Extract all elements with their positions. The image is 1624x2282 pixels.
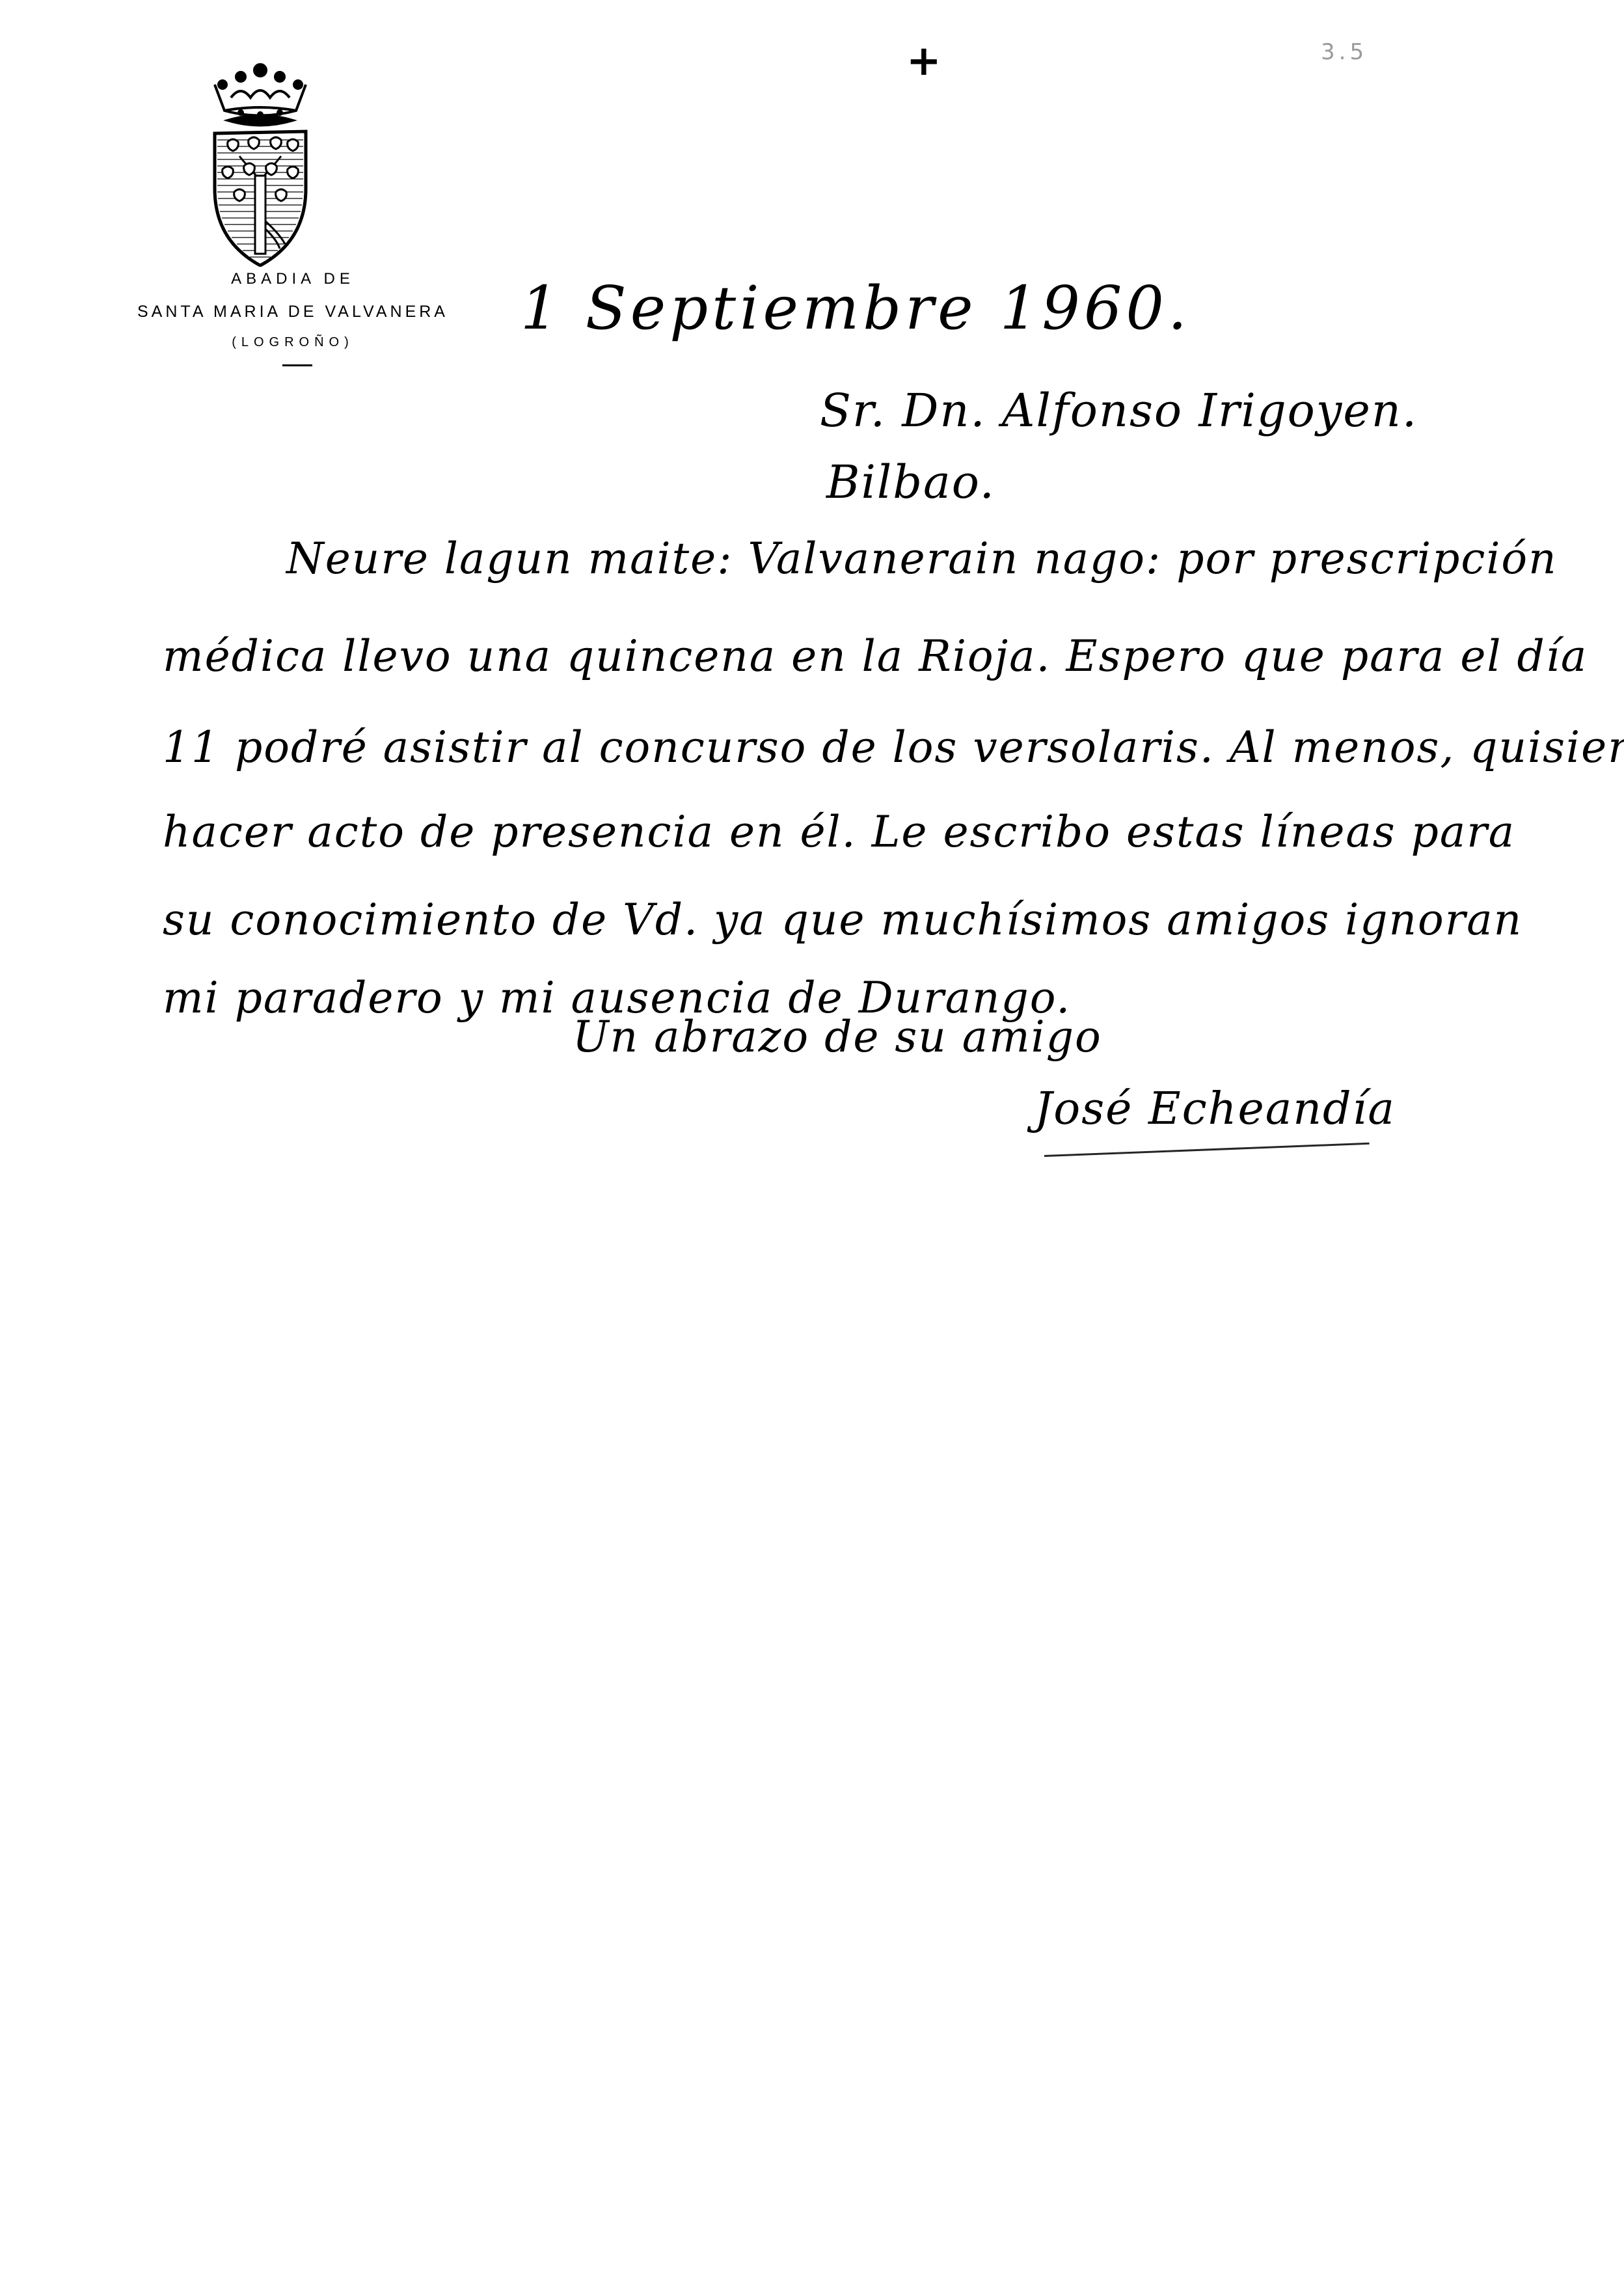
letterhead: ABADIA DE SANTA MARIA DE VALVANERA (LOGR… — [98, 46, 488, 377]
letterhead-line-abadia: ABADIA DE — [98, 270, 488, 288]
body-line: médica llevo una quincena en la Rioja. E… — [163, 631, 1588, 681]
body-line: Neure lagun maite: Valvanerain nago: por… — [286, 534, 1558, 584]
letter-closing: Un abrazo de su amigo — [573, 1012, 1102, 1062]
body-line: 11 podré asistir al concurso de los vers… — [163, 722, 1624, 772]
letter-date: 1 Septiembre 1960. — [521, 273, 1191, 343]
signature: José Echeandía — [1035, 1083, 1396, 1135]
letterhead-divider — [282, 364, 312, 366]
letterhead-line-logrono: (LOGROÑO) — [98, 335, 488, 350]
shield-icon — [215, 131, 306, 265]
letterhead-line-santa-maria: SANTA MARIA DE VALVANERA — [98, 303, 488, 321]
coat-of-arms-icon — [208, 59, 312, 267]
signature-underline — [1044, 1143, 1370, 1157]
archive-number: 3.5 — [1321, 39, 1368, 65]
letter-city: Bilbao. — [826, 455, 995, 509]
body-line: hacer acto de presencia en él. Le escrib… — [163, 807, 1515, 857]
cross-mark: + — [906, 40, 941, 82]
crown-icon — [215, 64, 306, 126]
letter-addressee: Sr. Dn. Alfonso Irigoyen. — [820, 384, 1418, 437]
body-line: su conocimiento de Vd. ya que muchísimos… — [163, 895, 1522, 945]
